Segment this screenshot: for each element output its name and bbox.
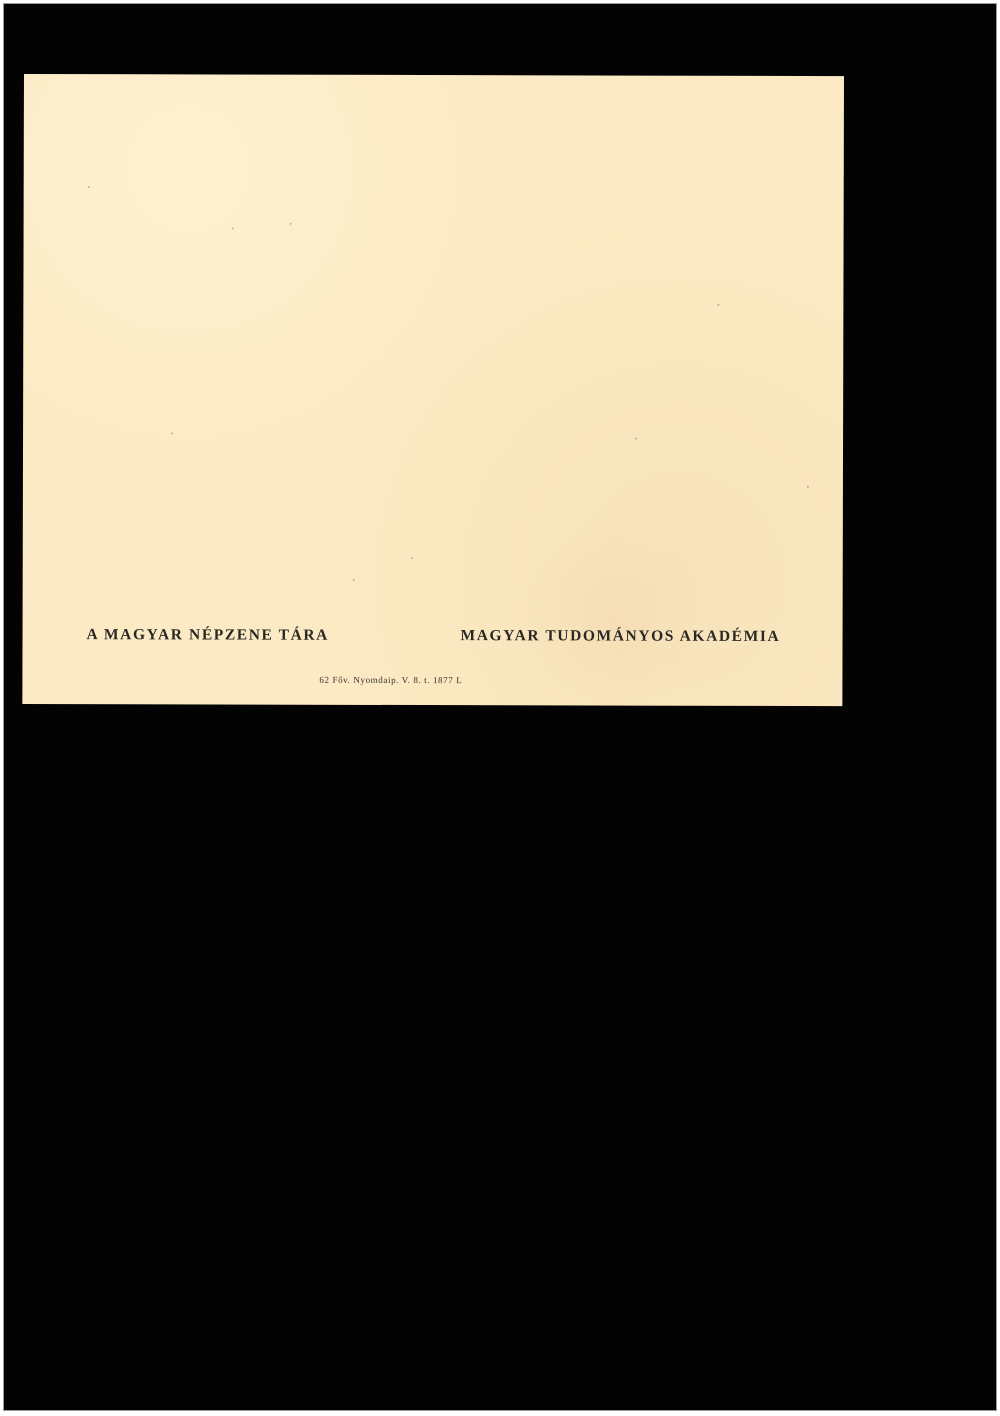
paper-speck (411, 557, 413, 559)
printer-colophon: 62 Főv. Nyomdaip. V. 8. t. 1877 L (319, 675, 462, 685)
scan-background: A MAGYAR NÉPZENE TÁRA MAGYAR TUDOMÁNYOS … (3, 3, 997, 1411)
paper-speck (353, 579, 355, 581)
paper-speck (635, 438, 637, 440)
paper-sheet: A MAGYAR NÉPZENE TÁRA MAGYAR TUDOMÁNYOS … (22, 74, 844, 706)
paper-speck (807, 486, 809, 488)
paper-speck (290, 223, 292, 225)
paper-speck (171, 432, 173, 434)
heading-right: MAGYAR TUDOMÁNYOS AKADÉMIA (461, 627, 781, 646)
paper-speck (717, 304, 719, 306)
paper-speck (88, 186, 90, 188)
heading-left: A MAGYAR NÉPZENE TÁRA (87, 626, 329, 645)
paper-speck (232, 228, 234, 230)
